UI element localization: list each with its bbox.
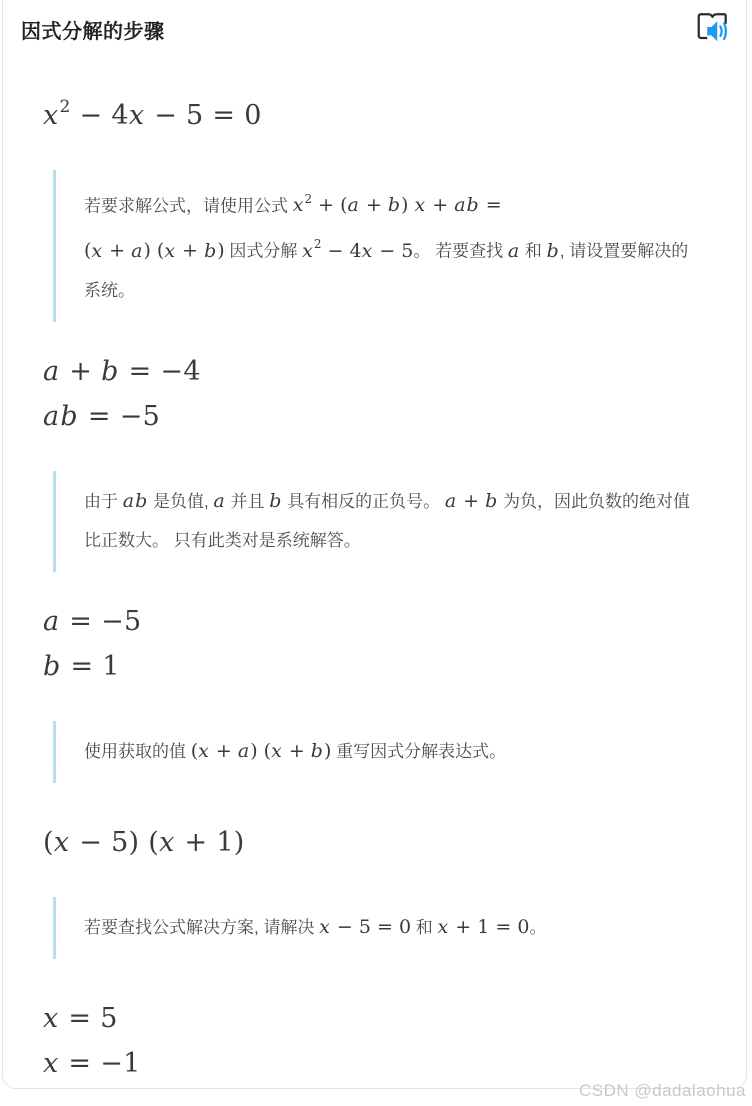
note-text-run: 是负值, bbox=[148, 492, 213, 511]
note-accent-bar bbox=[53, 170, 56, 322]
book-speaker-icon bbox=[694, 9, 732, 47]
note-text: 若要求解公式，请使用公式 x2 + (a + b) x + ab =(x + a… bbox=[84, 181, 692, 311]
inline-math: x + 1 = 0 bbox=[438, 916, 530, 938]
note-text-run: 重写因式分解表达式。 bbox=[331, 742, 506, 761]
equation-line: b = 1 bbox=[43, 647, 746, 687]
steps-card: 因式分解的步骤 x2 − 4x − 5 = 0若要求解公式，请使用公式 x2 +… bbox=[2, 0, 747, 1089]
inline-math: a + b bbox=[445, 490, 499, 512]
equation-group: x2 − 4x − 5 = 0 bbox=[43, 89, 746, 136]
note-text: 由于 ab 是负值, a 并且 b 具有相反的正负号。 a + b 为负，因此负… bbox=[84, 482, 692, 561]
inline-math: b bbox=[547, 240, 560, 262]
card-header: 因式分解的步骤 bbox=[21, 19, 746, 45]
equation-line: x = 5 bbox=[43, 999, 746, 1039]
note-text-run: 若要求解公式，请使用公式 bbox=[84, 196, 293, 215]
note-text-run: 由于 bbox=[84, 492, 123, 511]
note-text: 使用获取的值 (x + a) (x + b) 重写因式分解表达式。 bbox=[84, 732, 692, 772]
note-text-run: 若要查找公式解决方案, 请解决 bbox=[84, 918, 319, 937]
inline-math: a bbox=[213, 490, 225, 512]
inline-math: b bbox=[269, 490, 282, 512]
note-accent-bar bbox=[53, 471, 56, 572]
note-text-run: 和 bbox=[520, 242, 546, 261]
equation-group: a = −5b = 1 bbox=[43, 602, 746, 687]
inline-math: x − 5 = 0 bbox=[319, 916, 411, 938]
equation-line: x = −1 bbox=[43, 1044, 746, 1084]
note-text-run: 具有相反的正负号。 bbox=[282, 492, 444, 511]
note-text-run: 因式分解 bbox=[225, 242, 302, 261]
explanation-note: 若要查找公式解决方案, 请解决 x − 5 = 0 和 x + 1 = 0。 bbox=[53, 897, 692, 959]
explanation-note: 由于 ab 是负值, a 并且 b 具有相反的正负号。 a + b 为负，因此负… bbox=[53, 471, 692, 572]
inline-math: ab bbox=[123, 490, 149, 512]
equation-line: ab = −5 bbox=[43, 397, 746, 437]
inline-math: (x + a) (x + b) bbox=[84, 240, 225, 262]
note-accent-bar bbox=[53, 897, 56, 959]
note-text-run: 和 bbox=[411, 918, 437, 937]
equation-line: x2 − 4x − 5 = 0 bbox=[43, 89, 746, 136]
note-text-run: 使用获取的值 bbox=[84, 742, 191, 761]
read-aloud-button[interactable] bbox=[694, 9, 732, 47]
note-text-run: 。 若要查找 bbox=[413, 242, 507, 261]
equation-line: (x − 5) (x + 1) bbox=[43, 823, 746, 863]
steps-content: x2 − 4x − 5 = 0若要求解公式，请使用公式 x2 + (a + b)… bbox=[21, 89, 746, 1084]
equation-group: a + b = −4ab = −5 bbox=[43, 352, 746, 437]
equation-line: a = −5 bbox=[43, 602, 746, 642]
inline-math: (x + a) (x + b) bbox=[191, 740, 332, 762]
equation-group: x = 5x = −1 bbox=[43, 999, 746, 1084]
watermark: CSDN @dadalaohua bbox=[579, 1081, 746, 1101]
note-text-run: 。 bbox=[529, 918, 546, 937]
inline-math: x2 − 4x − 5 bbox=[302, 240, 413, 262]
explanation-note: 使用获取的值 (x + a) (x + b) 重写因式分解表达式。 bbox=[53, 721, 692, 783]
inline-math: a bbox=[508, 240, 520, 262]
note-text-run: 并且 bbox=[226, 492, 269, 511]
explanation-note: 若要求解公式，请使用公式 x2 + (a + b) x + ab =(x + a… bbox=[53, 170, 692, 322]
note-text: 若要查找公式解决方案, 请解决 x − 5 = 0 和 x + 1 = 0。 bbox=[84, 908, 692, 948]
equation-group: (x − 5) (x + 1) bbox=[43, 823, 746, 863]
equation-line: a + b = −4 bbox=[43, 352, 746, 392]
note-accent-bar bbox=[53, 721, 56, 783]
inline-math: x2 + (a + b) x + ab = bbox=[293, 194, 502, 216]
page-title: 因式分解的步骤 bbox=[21, 19, 165, 45]
